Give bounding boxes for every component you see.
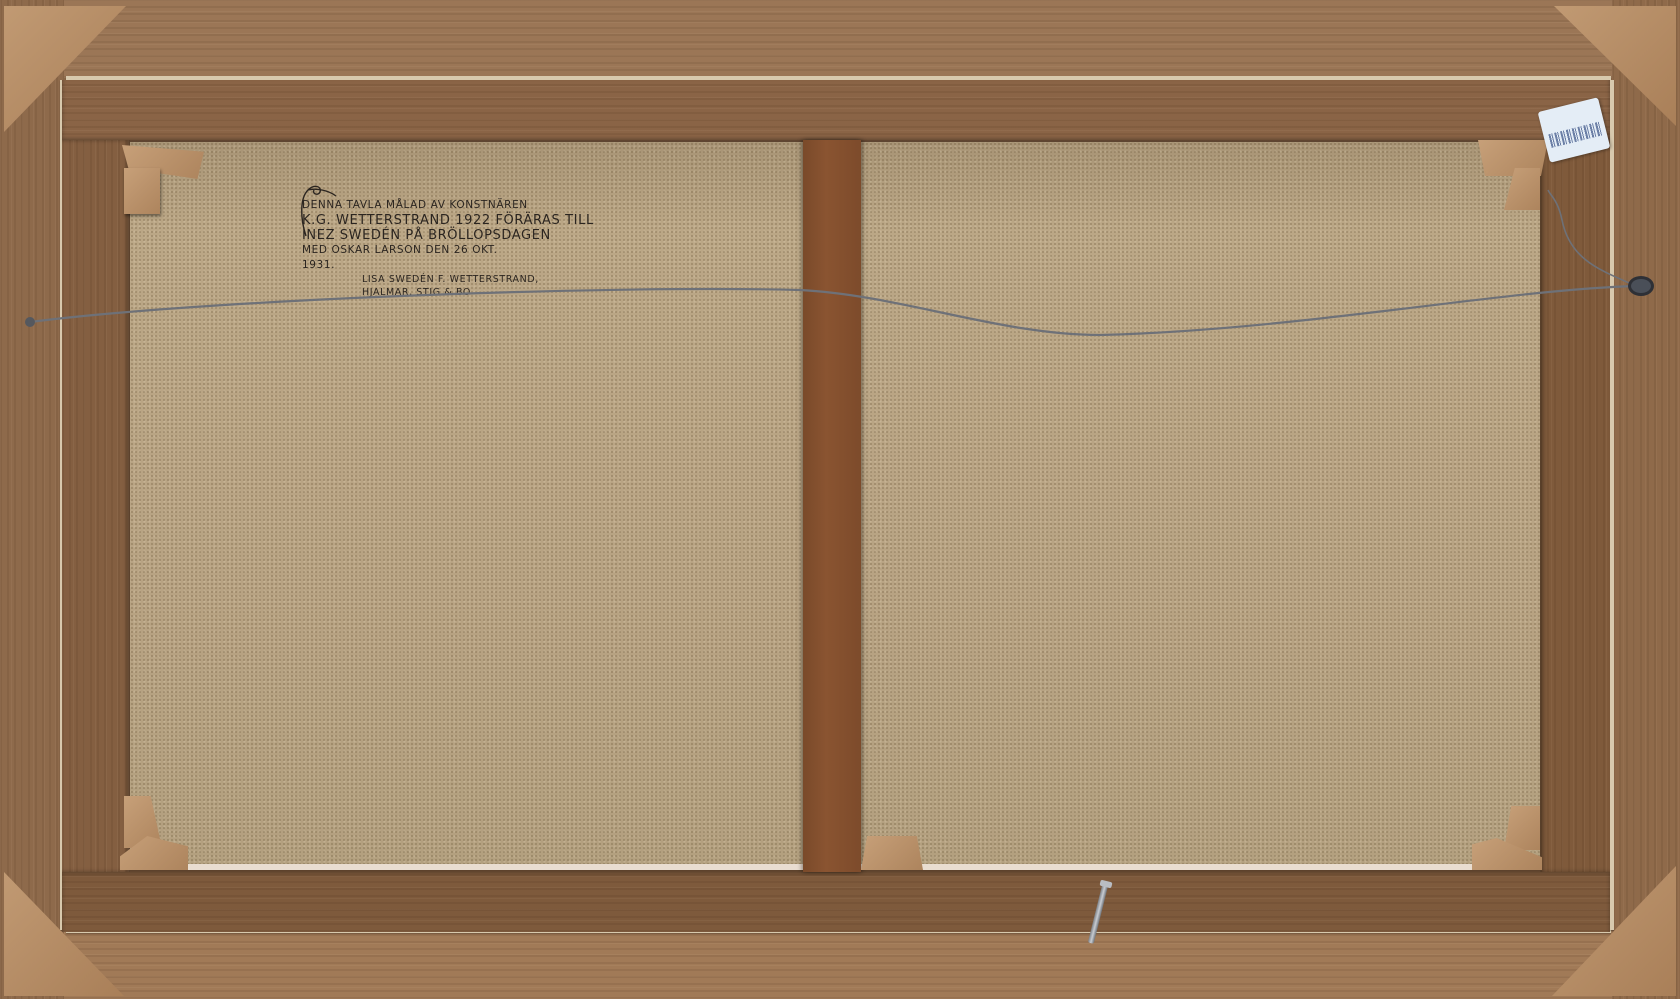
handwritten-inscription: Denna tavla målad av konstnären K.G. Wet… xyxy=(302,198,602,299)
paper-tape-right xyxy=(1610,80,1614,930)
frame-bottom-rail xyxy=(0,930,1680,999)
frame-left-rail xyxy=(0,0,64,999)
inscription-line-3: Inez Swedén på bröllopsdagen xyxy=(302,228,602,243)
stretcher-right-bar xyxy=(1540,140,1610,872)
stretcher-bottom-bar xyxy=(62,870,1610,932)
frame-right-rail xyxy=(1612,0,1680,999)
stretcher-center-brace xyxy=(803,140,861,872)
inscription-line-5: 1931. xyxy=(302,258,602,273)
inscription-signature-2: Hjalmar, Stig & Bo xyxy=(302,286,602,299)
inscription-line-1: Denna tavla målad av konstnären xyxy=(302,198,602,213)
stretcher-top-bar xyxy=(62,80,1610,142)
stretcher-key-top-left-b xyxy=(124,168,160,214)
inscription-signature-1: Lisa Swedén f. Wetterstrand, xyxy=(302,273,602,286)
wire-screw-eye-right-icon xyxy=(1628,276,1654,296)
frame-top-rail xyxy=(0,0,1680,78)
stretcher-key-bottom-center xyxy=(861,836,923,870)
inscription-line-4: med Oskar Larson den 26 okt. xyxy=(302,243,602,258)
inscription-line-2: K.G. Wetterstrand 1922 föräras till xyxy=(302,213,602,228)
canvas-panel-right xyxy=(861,142,1541,870)
stretcher-left-bar xyxy=(62,140,130,872)
